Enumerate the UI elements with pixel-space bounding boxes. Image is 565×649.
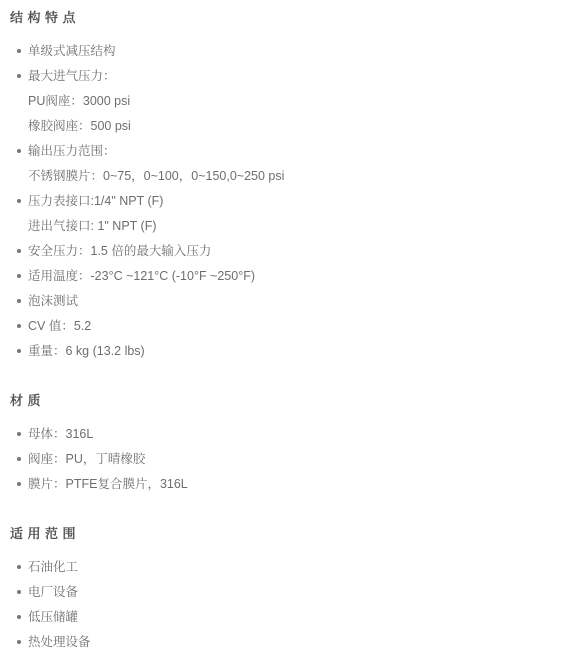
- item-lines: 阀座：PU，丁晴橡胶: [28, 447, 553, 472]
- bullet-icon: [17, 615, 21, 619]
- item-lines: 最大进气压力：PU阀座：3000 psi橡胶阀座：500 psi: [28, 64, 553, 139]
- bullet-line: 压力表接口:1/4" NPT (F): [28, 189, 553, 214]
- list-item: 石油化工: [17, 555, 553, 580]
- item-lines: 电厂设备: [28, 580, 553, 605]
- bullet-line: 单级式减压结构: [28, 39, 553, 64]
- list-item: 输出压力范围：不锈钢膜片：0~75，0~100，0~150,0~250 psi: [17, 139, 553, 189]
- bullet-line: 热处理设备: [28, 630, 553, 649]
- spec-section: 结构特点 单级式减压结构 最大进气压力：PU阀座：3000 psi橡胶阀座：50…: [10, 10, 553, 364]
- bullet-icon: [17, 590, 21, 594]
- list-item: CV 值：5.2: [17, 314, 553, 339]
- bullet-icon: [17, 199, 21, 203]
- section-title: 材质: [10, 393, 553, 408]
- spec-section: 材质 母体：316L 阀座：PU，丁晴橡胶 膜片：PTFE复合膜片，316L: [10, 393, 553, 497]
- list-item: 重量：6 kg (13.2 lbs): [17, 339, 553, 364]
- bullet-icon: [17, 149, 21, 153]
- bullet-line: 输出压力范围：: [28, 139, 553, 164]
- list-item: 泡沫测试: [17, 289, 553, 314]
- spec-section: 适用范围 石油化工 电厂设备 低压储罐 热处理设备: [10, 526, 553, 649]
- bullet-line: 膜片：PTFE复合膜片，316L: [28, 472, 553, 497]
- bullet-icon: [17, 640, 21, 644]
- item-lines: 安全压力：1.5 倍的最大输入压力: [28, 239, 553, 264]
- item-lines: 低压储罐: [28, 605, 553, 630]
- list-item: 母体：316L: [17, 422, 553, 447]
- bullet-icon: [17, 457, 21, 461]
- sub-line: 不锈钢膜片：0~75，0~100，0~150,0~250 psi: [28, 164, 553, 189]
- item-lines: 泡沫测试: [28, 289, 553, 314]
- bullet-icon: [17, 274, 21, 278]
- item-lines: 重量：6 kg (13.2 lbs): [28, 339, 553, 364]
- list-item: 阀座：PU，丁晴橡胶: [17, 447, 553, 472]
- bullet-line: 安全压力：1.5 倍的最大输入压力: [28, 239, 553, 264]
- bullet-list: 石油化工 电厂设备 低压储罐 热处理设备: [10, 555, 553, 649]
- bullet-icon: [17, 482, 21, 486]
- list-item: 适用温度：-23°C ~121°C (-10°F ~250°F): [17, 264, 553, 289]
- list-item: 安全压力：1.5 倍的最大输入压力: [17, 239, 553, 264]
- item-lines: 热处理设备: [28, 630, 553, 649]
- item-lines: 输出压力范围：不锈钢膜片：0~75，0~100，0~150,0~250 psi: [28, 139, 553, 189]
- list-item: 膜片：PTFE复合膜片，316L: [17, 472, 553, 497]
- section-title: 结构特点: [10, 10, 553, 25]
- list-item: 电厂设备: [17, 580, 553, 605]
- sub-line: PU阀座：3000 psi: [28, 89, 553, 114]
- bullet-line: 泡沫测试: [28, 289, 553, 314]
- list-item: 热处理设备: [17, 630, 553, 649]
- bullet-icon: [17, 324, 21, 328]
- item-lines: 单级式减压结构: [28, 39, 553, 64]
- item-lines: 压力表接口:1/4" NPT (F)进出气接口: 1" NPT (F): [28, 189, 553, 239]
- bullet-icon: [17, 249, 21, 253]
- bullet-icon: [17, 565, 21, 569]
- sub-line: 进出气接口: 1" NPT (F): [28, 214, 553, 239]
- sub-line: 橡胶阀座：500 psi: [28, 114, 553, 139]
- bullet-line: 重量：6 kg (13.2 lbs): [28, 339, 553, 364]
- bullet-icon: [17, 299, 21, 303]
- bullet-line: 适用温度：-23°C ~121°C (-10°F ~250°F): [28, 264, 553, 289]
- list-item: 最大进气压力：PU阀座：3000 psi橡胶阀座：500 psi: [17, 64, 553, 139]
- list-item: 单级式减压结构: [17, 39, 553, 64]
- bullet-icon: [17, 432, 21, 436]
- spec-document: 结构特点 单级式减压结构 最大进气压力：PU阀座：3000 psi橡胶阀座：50…: [0, 0, 565, 649]
- item-lines: CV 值：5.2: [28, 314, 553, 339]
- bullet-line: 石油化工: [28, 555, 553, 580]
- item-lines: 适用温度：-23°C ~121°C (-10°F ~250°F): [28, 264, 553, 289]
- bullet-icon: [17, 74, 21, 78]
- bullet-line: CV 值：5.2: [28, 314, 553, 339]
- list-item: 压力表接口:1/4" NPT (F)进出气接口: 1" NPT (F): [17, 189, 553, 239]
- bullet-list: 单级式减压结构 最大进气压力：PU阀座：3000 psi橡胶阀座：500 psi…: [10, 39, 553, 364]
- bullet-icon: [17, 49, 21, 53]
- bullet-line: 阀座：PU，丁晴橡胶: [28, 447, 553, 472]
- bullet-line: 电厂设备: [28, 580, 553, 605]
- bullet-line: 低压储罐: [28, 605, 553, 630]
- bullet-icon: [17, 349, 21, 353]
- item-lines: 母体：316L: [28, 422, 553, 447]
- bullet-line: 母体：316L: [28, 422, 553, 447]
- list-item: 低压储罐: [17, 605, 553, 630]
- item-lines: 膜片：PTFE复合膜片，316L: [28, 472, 553, 497]
- item-lines: 石油化工: [28, 555, 553, 580]
- bullet-list: 母体：316L 阀座：PU，丁晴橡胶 膜片：PTFE复合膜片，316L: [10, 422, 553, 497]
- section-title: 适用范围: [10, 526, 553, 541]
- bullet-line: 最大进气压力：: [28, 64, 553, 89]
